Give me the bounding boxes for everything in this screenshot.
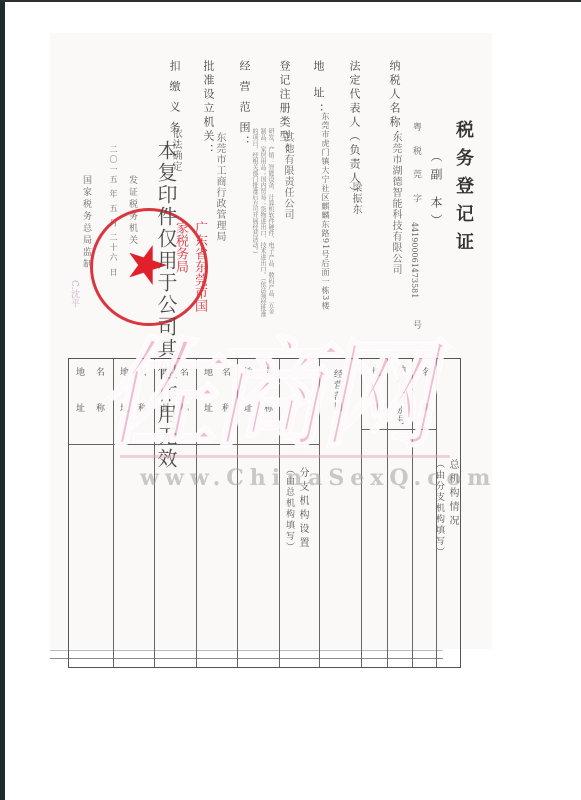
certificate-title: 税务登记证 (450, 120, 476, 260)
scan-edge (0, 0, 5, 800)
scan-top-edge (0, 0, 581, 2)
field-value-business-scope: 研发、产销：智能设备、计算机软件硬件、电子产品、数码产品、五金制品、家居用品；国… (246, 128, 274, 318)
field-value-taxpayer-name: 东莞市湖德智能科技有限公司 (388, 132, 403, 275)
reg-number: 441900061473581 (410, 222, 419, 298)
field-value-reg-type: 其他有限责任公司 (280, 132, 295, 220)
field-value-approval-authority: 东莞市工商行政管理局 (212, 132, 227, 242)
watermark-brand: 佐商网 (92, 300, 458, 470)
watermark-url: www.ChinaSexQ.com (140, 465, 496, 491)
branch-row-label: 地 址 (73, 367, 86, 424)
watermark-underline (120, 455, 450, 458)
field-value-legal-rep: 梁振东 (348, 182, 363, 215)
field-value-address: 东莞市虎门镇大宁社区麒麟东路91号后面一栋3楼 (320, 112, 331, 310)
copy-type: （副 本） (428, 150, 445, 232)
pencil-mark: C.沈平 (68, 280, 81, 307)
reg-prefix: 粤 税 莞 字 (410, 122, 423, 209)
